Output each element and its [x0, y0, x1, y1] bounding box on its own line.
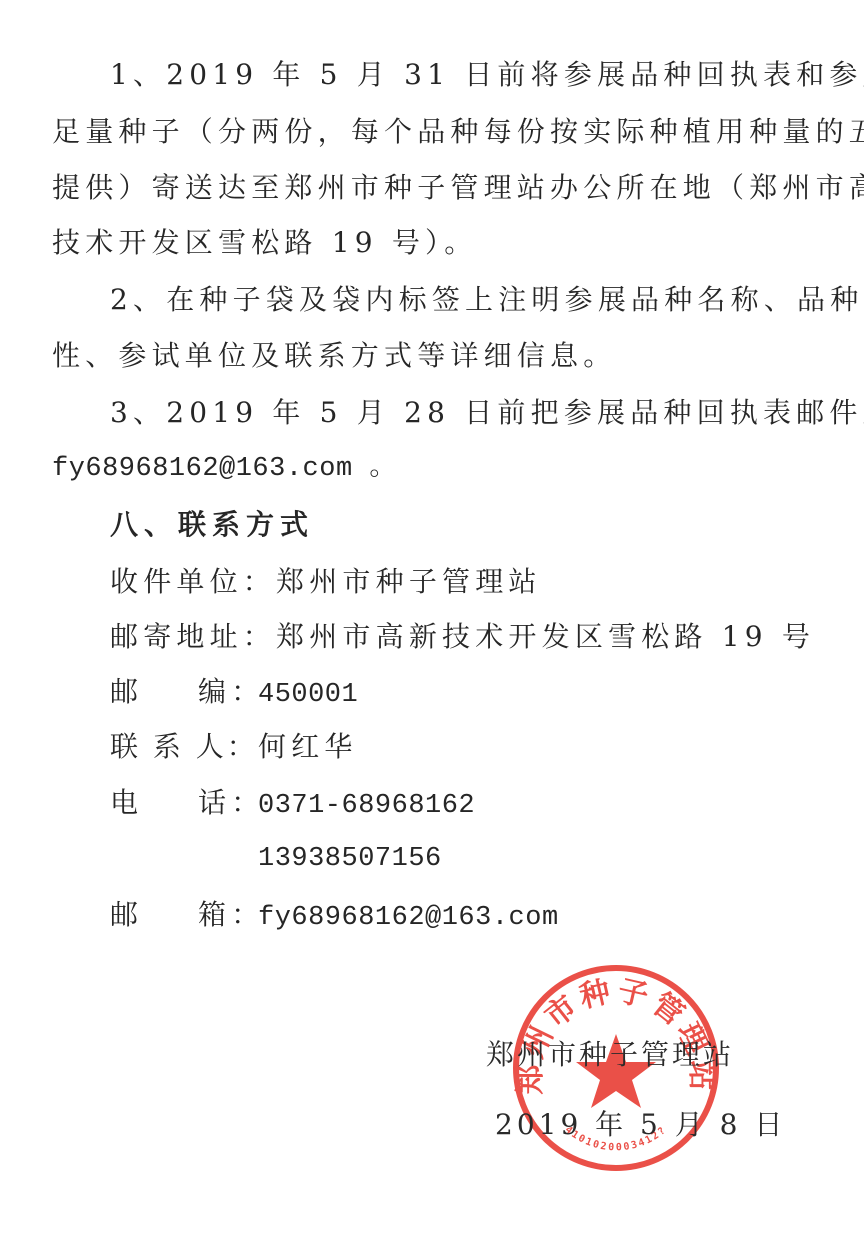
contact-person-row: 联 系 人：何红华 — [110, 730, 358, 764]
address-value: 郑州市高新技术开发区雪松路 19 号 — [276, 620, 815, 653]
paragraph-1-line-3: 提供）寄送达至郑州市种子管理站办公所在地（郑州市高新 — [52, 171, 864, 205]
paragraph-3-email: fy68968162@163.com 。 — [52, 452, 397, 486]
contact-address-row: 邮寄地址：郑州市高新技术开发区雪松路 19 号 — [110, 620, 815, 654]
recipient-value: 郑州市种子管理站 — [276, 565, 542, 598]
address-label: 邮寄地址： — [110, 620, 276, 653]
paragraph-2-line-2: 性、参试单位及联系方式等详细信息。 — [52, 339, 616, 373]
signature-date: 2019 年 5 月 8 日 — [495, 1103, 786, 1143]
contact-recipient-row: 收件单位：郑州市种子管理站 — [110, 565, 542, 599]
phone-label-1: 电 — [110, 786, 198, 820]
contact-postcode-row: 邮编：450001 — [110, 675, 358, 712]
person-value: 何红华 — [258, 730, 358, 763]
paragraph-2-line-1: 2、在种子袋及袋内标签上注明参展品种名称、品种特 — [110, 283, 864, 317]
postcode-label-2: 编： — [198, 675, 258, 709]
contact-phone-row-2: 13938507156 — [258, 842, 442, 876]
email-label-1: 邮 — [110, 898, 198, 932]
phone-label-2: 话： — [198, 786, 258, 820]
paragraph-1-line-1: 1、2019 年 5 月 31 日前将参展品种回执表和参展的优质 — [110, 58, 864, 92]
contact-phone-row: 电话：0371-68968162 — [110, 786, 475, 823]
signature-organization: 郑州市种子管理站 — [486, 1033, 734, 1073]
phone-value-1: 0371-68968162 — [258, 791, 475, 821]
paragraph-1-line-4: 技术开发区雪松路 19 号）。 — [52, 226, 477, 260]
section-heading-contact: 八、联系方式 — [110, 508, 314, 542]
email-value: fy68968162@163.com — [258, 903, 559, 933]
paragraph-3-line-1: 3、2019 年 5 月 28 日前把参展品种回执表邮件发至： — [110, 396, 864, 430]
recipient-label: 收件单位： — [110, 565, 276, 598]
person-label: 联 系 人： — [110, 730, 258, 764]
paragraph-1-line-2: 足量种子（分两份，每个品种每份按实际种植用种量的五倍 — [52, 115, 864, 149]
email-label-2: 箱： — [198, 898, 258, 932]
postcode-value: 450001 — [258, 680, 358, 710]
contact-email-row: 邮箱：fy68968162@163.com — [110, 898, 559, 935]
postcode-label-1: 邮 — [110, 675, 198, 709]
